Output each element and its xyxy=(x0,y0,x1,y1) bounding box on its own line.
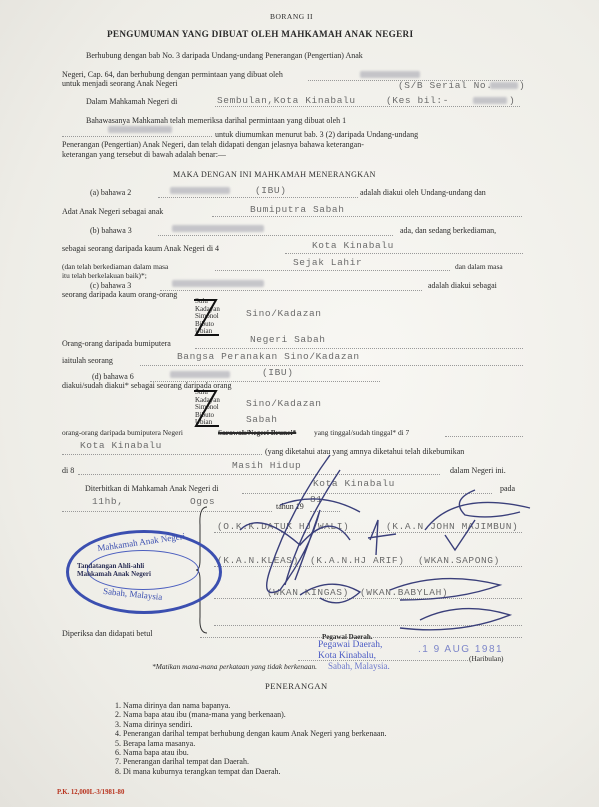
case-label: (Kes bil:- xyxy=(386,95,449,106)
clause-c-field xyxy=(160,290,422,291)
clause-c-line-4-field xyxy=(140,365,523,366)
case-close: ) xyxy=(509,95,515,106)
clause-b-line-3-suffix: dan dalam masa xyxy=(455,262,503,271)
clause-b-line-3-value: Sejak Lahir xyxy=(293,257,362,268)
form-title: PENGUMUMAN YANG DIBUAT OLEH MAHKAMAH ANA… xyxy=(107,29,413,39)
clause-a-suffix: adalah diakui oleh Undang-undang dan xyxy=(360,188,486,197)
clause-c-label: (c) bahawa 3 xyxy=(90,281,131,290)
redacted-clause-c-name xyxy=(172,280,264,287)
clause-c-line-4: iaitulah seorang xyxy=(62,356,113,365)
redacted-case-number xyxy=(473,97,507,104)
note-item: 3. Nama dirinya sendiri. xyxy=(115,720,386,729)
form-number: BORANG II xyxy=(270,12,313,21)
notes-list: 1. Nama dirinya dan nama bapanya. 2. Nam… xyxy=(115,701,386,776)
day-label: (Haribulan) xyxy=(469,654,503,663)
redacted-clause-b-name xyxy=(172,225,264,232)
intro-line-1: Berhubung dengan bab No. 3 daripada Unda… xyxy=(86,51,363,60)
note-item: 8. Di mana kuburnya terangkan tempat dan… xyxy=(115,767,386,776)
clause-c-line-3-value: Negeri Sabah xyxy=(250,334,326,345)
document-page: BORANG II PENGUMUMAN YANG DIBUAT OLEH MA… xyxy=(0,0,599,807)
handwritten-signatures xyxy=(200,450,560,640)
clause-b-line-3: (dan telah berkediaman dalam masa xyxy=(62,262,168,271)
clause-d-line-4-value: Kota Kinabalu xyxy=(80,440,162,451)
clause-d-value-2: Sino/Kadazan xyxy=(246,398,322,409)
declaration-line-4: keterangan yang tersebut di bawah adalah… xyxy=(62,150,226,159)
clause-b-line-3-field xyxy=(215,270,450,271)
stamp-middle-line-1: Tandatangan Ahli-ahli xyxy=(77,562,144,570)
notes-heading: PENERANGAN xyxy=(265,681,328,691)
intro-line-3: untuk menjadi seorang Anak Negeri xyxy=(62,79,178,88)
clause-b-line-2-field xyxy=(285,253,523,254)
clause-a-line-2-value: Bumiputra Sabah xyxy=(250,204,345,215)
print-code: P.K. 12,000L-3/1981-80 xyxy=(57,789,124,796)
stamp-middle-line-2: Mahkamah Anak Negeri xyxy=(77,570,151,578)
declaration-line-2: untuk diumumkan menurut bab. 3 (2) darip… xyxy=(215,130,418,139)
clause-c-value: Sino/Kadazan xyxy=(246,308,322,319)
redacted-clause-d-name xyxy=(170,371,230,378)
clause-d-line-3-field xyxy=(445,436,523,437)
note-item: 4. Penerangan darihal tempat berhubung d… xyxy=(115,729,386,738)
clause-c-line-2: seorang daripada kaum orang-orang xyxy=(62,290,177,299)
clause-b-field xyxy=(158,235,393,236)
clause-c-line-4-value: Bangsa Peranakan Sino/Kadazan xyxy=(177,351,360,362)
redacted-serial-number xyxy=(490,82,518,89)
date-day: 11hb, xyxy=(92,496,124,507)
clause-c-line-3: Orang-orang daripada bumiputera xyxy=(62,339,171,348)
declaration-name-field xyxy=(62,136,212,137)
court-label: Dalam Mahkamah Negeri di xyxy=(86,97,177,106)
checked-label: Diperiksa dan didapati betul xyxy=(62,629,152,638)
clause-b-line-4: itu telah berkelakuan baik)*; xyxy=(62,271,147,280)
note-item: 5. Berapa lama masanya. xyxy=(115,739,386,748)
declaration-line-3: Penerangan (Pengertian) Anak Negeri, dan… xyxy=(62,140,364,149)
section-heading: MAKA DENGAN INI MAHKAMAH MENERANGKAN xyxy=(173,170,376,179)
clause-a-label: (a) bahawa 2 xyxy=(90,188,131,197)
court-field xyxy=(215,106,520,107)
clause-c-line-3-field xyxy=(195,348,523,349)
z-strikeout-mark xyxy=(192,297,222,339)
clause-b-line-2: sebagai seorang daripada kaum Anak Neger… xyxy=(62,244,219,253)
note-item: 2. Nama bapa atau ibu (mana-mana yang be… xyxy=(115,710,386,719)
clause-a-field xyxy=(158,197,358,198)
clause-a-line-2-field xyxy=(212,216,522,217)
redacted-clause-a-name xyxy=(170,187,230,194)
clause-d-value-3: Sabah xyxy=(246,414,278,425)
clause-d-line-3-suffix: yang tinggal/sudah tinggal* di 7 xyxy=(314,428,409,437)
note-item: 6. Nama bapa atau ibu. xyxy=(115,748,386,757)
note-item: 7. Penerangan darihal tempat dan Daerah. xyxy=(115,757,386,766)
clause-d-line-3-struck: Sarawak/Negeri Brunei* xyxy=(218,428,296,437)
court-value: Sembulan,Kota Kinabalu xyxy=(217,95,356,106)
redacted-applicant-name xyxy=(360,71,420,78)
officer-stamp-line-2: Kota Kinabalu, xyxy=(318,651,376,661)
serial-close: ) xyxy=(519,80,525,91)
clause-d-line-3-prefix: orang-orang daripada bumiputera Negeri xyxy=(62,428,183,437)
footnote: *Matikan mana-mana perkataan yang tidak … xyxy=(152,662,317,671)
clause-a-line-2: Adat Anak Negeri sebagai anak xyxy=(62,207,163,216)
intro-line-2: Negeri, Cap. 64, dan berhubung dengan pe… xyxy=(62,70,283,79)
serial-label: (S/B Serial No. xyxy=(398,80,493,91)
officer-stamp-line-3: Sabah, Malaysia. xyxy=(328,661,390,671)
z-strikeout-mark xyxy=(192,388,222,430)
declaration-line-1: Bahawasanya Mahkamah telah memeriksa dar… xyxy=(86,116,346,125)
redacted-declaration-name xyxy=(108,126,172,133)
note-item: 1. Nama dirinya dan nama bapanya. xyxy=(115,701,386,710)
issued-label: Diterbitkan di Mahkamah Anak Negeri di xyxy=(85,484,219,493)
clause-a-value: (IBU) xyxy=(255,185,287,196)
clause-c-suffix: adalah diakui sebagai xyxy=(428,281,497,290)
clause-b-line-2-value: Kota Kinabalu xyxy=(312,240,394,251)
clause-d-line-5-prefix: di 8 xyxy=(62,466,74,475)
officer-stamp-line-1: Pegawai Daerah, xyxy=(318,640,382,650)
court-seal-stamp: Mahkamah Anak Negeri Tandatangan Ahli-ah… xyxy=(66,530,222,614)
clause-b-label: (b) bahawa 3 xyxy=(90,226,132,235)
clause-d-value: (IBU) xyxy=(262,367,294,378)
clause-d-label: (d) bahawa 6 xyxy=(92,372,134,381)
clause-b-suffix: ada, dan sedang berkediaman, xyxy=(400,226,496,235)
